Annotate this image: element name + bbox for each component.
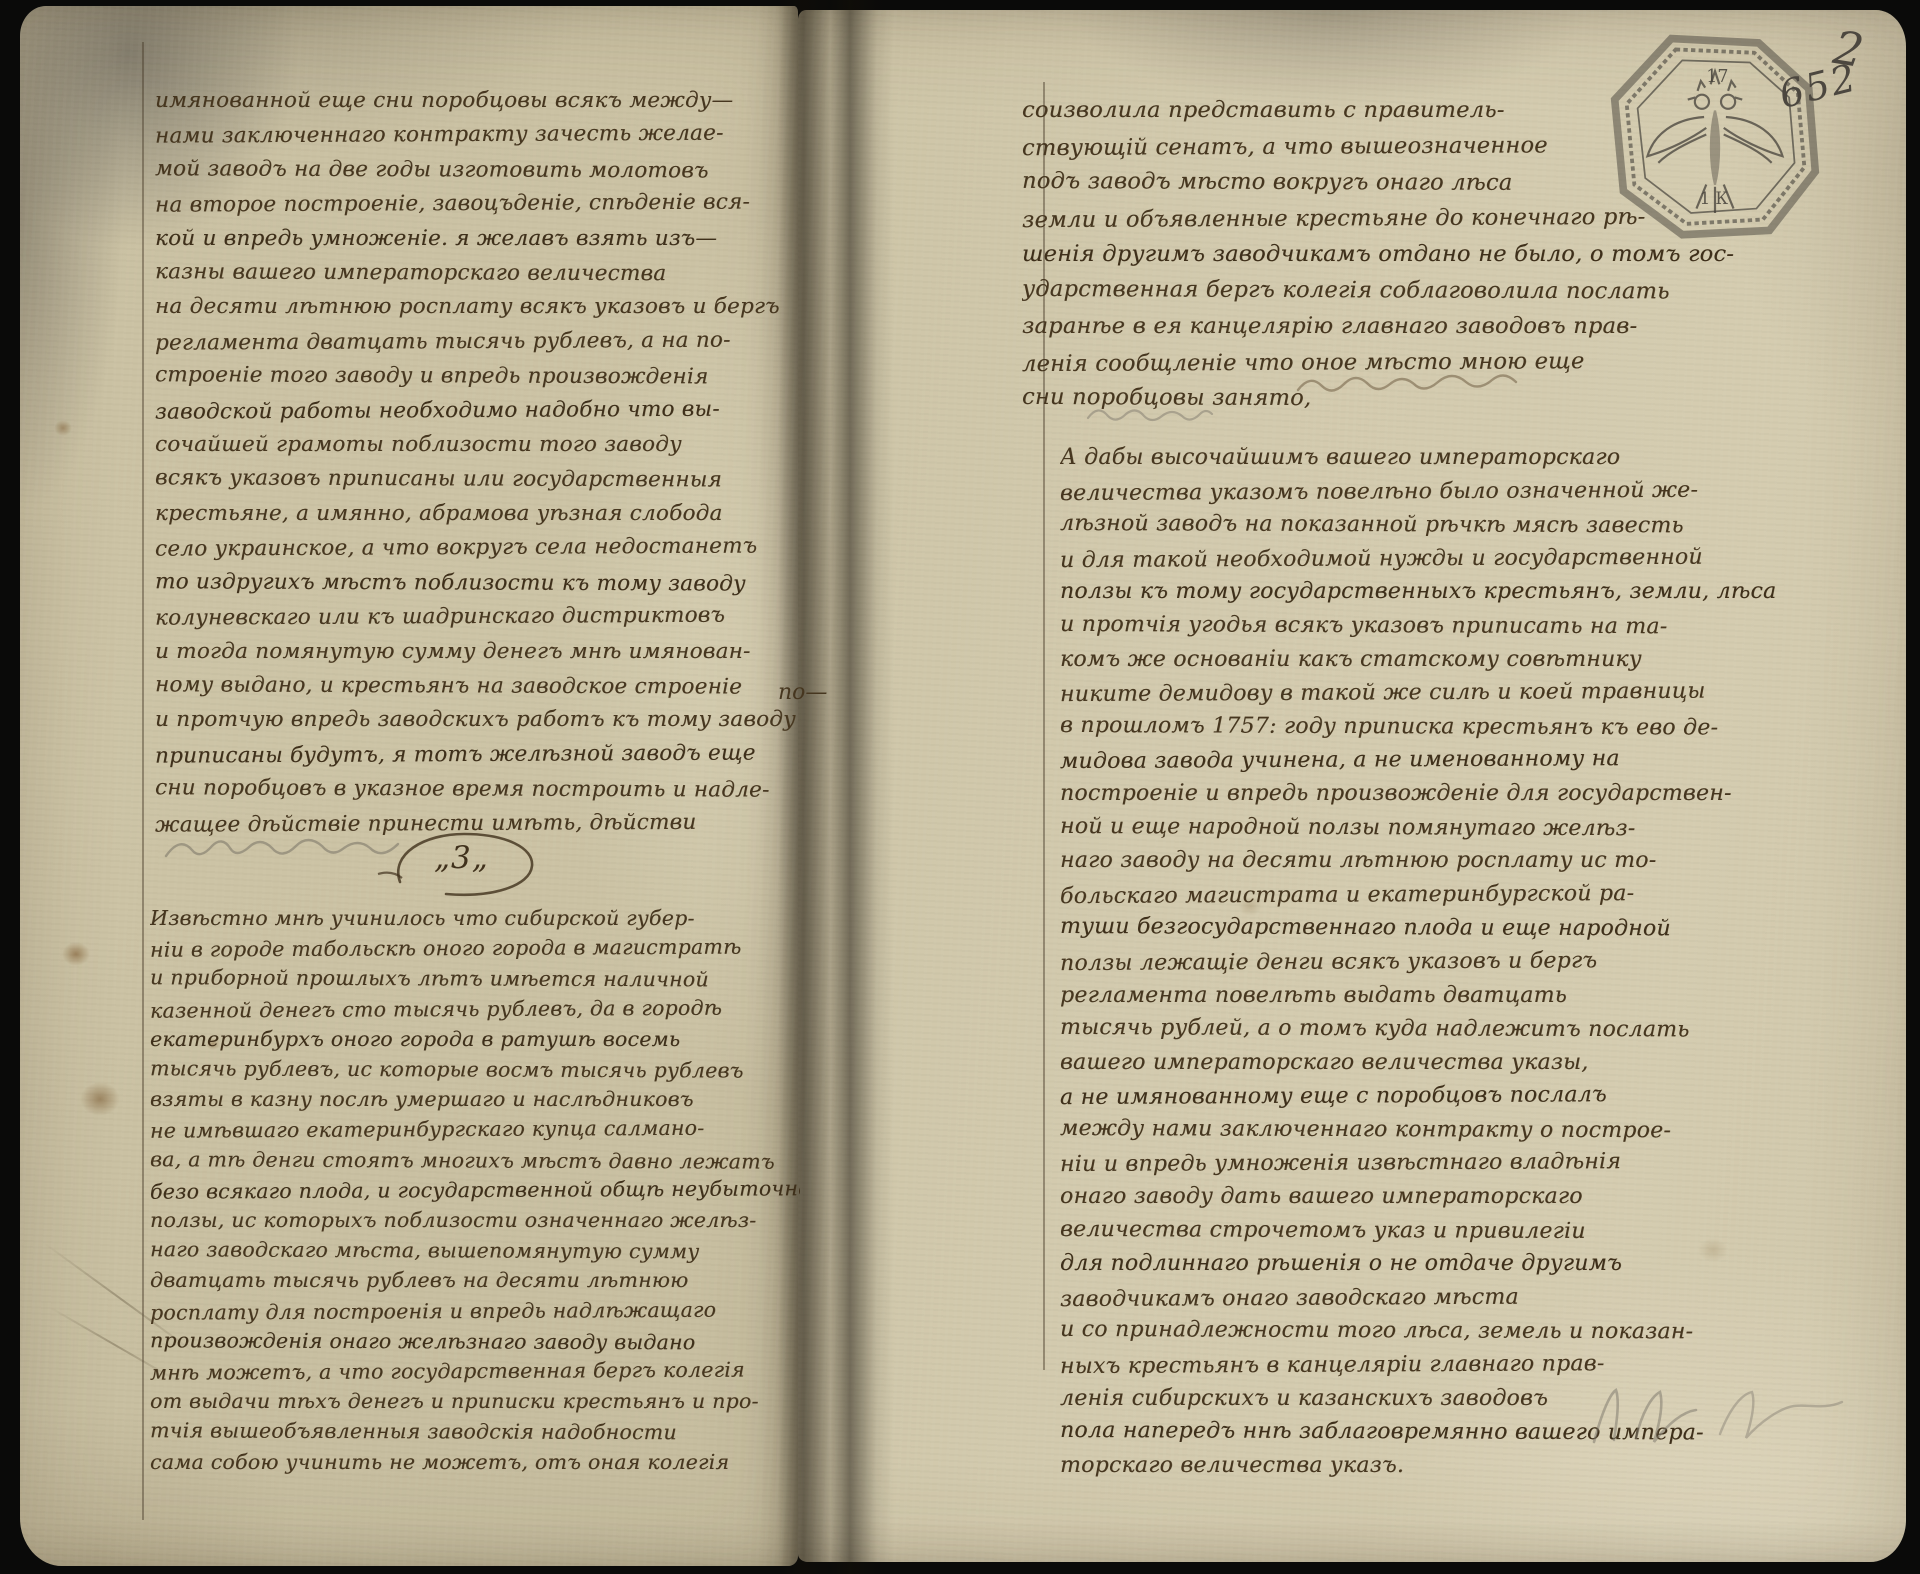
text-line: туши безгосударственнаго плода и еще нар… (1060, 910, 1860, 947)
text-line: в прошломъ 1757: году приписка крестьянъ… (1060, 709, 1860, 746)
text-line: росплату для построенія и впредь надлѣжа… (150, 1294, 800, 1328)
text-line: колуневскаго или къ шадринскаго дистрикт… (155, 598, 797, 636)
stamp-denomination-text: 1 К (1700, 189, 1729, 208)
text-line: никите демидову в такой же силѣ и коей т… (1060, 674, 1860, 712)
section-number-mark: „3„ (372, 828, 542, 900)
text-line: ползы, ис которыхъ поблизости означеннаг… (150, 1205, 800, 1235)
text-line: А дабы высочайшимъ вашего императорскаго (1060, 441, 1860, 475)
text-line: сочайшей грамоты поблизости того заводу (155, 428, 797, 462)
text-line: тчія вышеобъявленныя заводскія надобност… (150, 1416, 800, 1449)
text-line: ніи в городе табольскѣ оного города в ма… (150, 932, 800, 966)
text-line: ползы къ тому государственныхъ крестьянъ… (1060, 575, 1860, 609)
text-line: приписаны будутъ, я тотъ желѣзной заводъ… (155, 736, 797, 774)
text-line: больскаго магистрата и екатеринбургской … (1060, 876, 1860, 914)
text-line: регламента повелѣть выдать дватцать (1060, 979, 1860, 1013)
text-line: и для такой необходимой нужды и государс… (1060, 540, 1860, 578)
text-line: комъ же основаніи какъ статскому совѣтни… (1060, 643, 1860, 677)
section-number: „3„ (434, 840, 489, 876)
text-line: величества строчетомъ указ и привилегіи (1060, 1213, 1860, 1250)
text-line: сни поробцовъ в указное время построить … (155, 771, 797, 808)
text-line: и тогда помянутую сумму денегъ мнѣ имяно… (155, 635, 797, 669)
text-line: ныхъ крестьянъ в канцеляріи главнаго пра… (1060, 1346, 1860, 1384)
text-line: тысячь рублевъ, ис которые восмъ тысячь … (150, 1053, 800, 1086)
text-line: вашего императорскаго величества указы, (1060, 1046, 1860, 1080)
text-line: заводчикамъ онаго заводскаго мѣста (1060, 1279, 1860, 1317)
text-line: заводской работы необходимо надобно что … (155, 392, 797, 430)
text-line: заранѣе в ея канцелярію главнаго заводов… (1022, 308, 1837, 344)
text-line: ніи и впредь умноженія извѣстнаго владѣн… (1060, 1144, 1860, 1182)
text-line: дватцать тысячь рублевъ на десяти лѣтнюю (150, 1265, 800, 1295)
pencil-scribble-right (1084, 398, 1214, 430)
stamped-paper-seal: 17 1 К (1606, 32, 1824, 250)
signature-flourish (1580, 1382, 1860, 1456)
text-line: то издругихъ мѣстъ поблизости къ тому за… (155, 565, 797, 602)
text-line: и со принадлежности того лѣса, земель и … (1060, 1313, 1860, 1350)
text-line: и протчую впредь заводскихъ работъ къ то… (155, 703, 797, 737)
text-line: величества указомъ повелѣно было означен… (1060, 472, 1860, 510)
text-line: и приборной прошлыхъ лѣтъ имѣется наличн… (150, 963, 800, 996)
text-line: безо всякаго плода, и государственной об… (150, 1173, 800, 1207)
text-line: крестьяне, а имянно, абрамова уѣзная сло… (155, 497, 797, 531)
left-text-block-1: имянованной еще сни поробцовы всякъ межд… (155, 84, 797, 856)
text-line: мидова завода учинена, а не именованному… (1060, 741, 1860, 779)
text-line: на второе построеніе, завоцъденіе, спѣде… (155, 186, 797, 224)
text-line: ва, а тѣ денги стоятъ многихъ мѣстъ давн… (150, 1144, 800, 1177)
left-text-block-2: Извѣстно мнѣ учинилось что сибирской губ… (150, 903, 800, 1485)
text-line: взяты в казну послѣ умершаго и наслѣдник… (150, 1084, 800, 1114)
text-line: а не имянованному еще с поробцовъ послал… (1060, 1077, 1860, 1115)
text-line: мой заводъ на две годы изготовить молото… (155, 152, 797, 189)
text-line: казны вашего императорскаго величества (155, 255, 797, 292)
text-line: онаго заводу дать вашего императорскаго (1060, 1180, 1860, 1214)
text-line: мнѣ можетъ, а что государственная бергъ … (150, 1354, 800, 1388)
text-line: ударственная бергъ колегія соблаговолила… (1022, 271, 1837, 310)
text-line: наго заводскаго мѣста, вышепомянутую сум… (150, 1234, 800, 1267)
text-line: построеніе и впредь произвожденіе для го… (1060, 777, 1860, 811)
text-line: ной и еще народной ползы помянутаго желѣ… (1060, 809, 1860, 846)
text-line: между нами заключеннаго контракту о пост… (1060, 1112, 1860, 1149)
text-line: ползы лежащіе денги всякъ указовъ и берг… (1060, 943, 1860, 981)
right-text-block-2: А дабы высочайшимъ вашего императорскаго… (1060, 441, 1860, 1493)
text-line: не имѣвшаго екатеринбургскаго купца салм… (150, 1113, 800, 1147)
margin-rule-left (142, 42, 144, 1520)
text-line: всякъ указовъ приписаны или государствен… (155, 462, 797, 499)
gutter-margin-note: по— (778, 680, 827, 705)
text-line: имянованной еще сни поробцовы всякъ межд… (155, 84, 797, 118)
text-line: екатеринбурхъ оного города в ратушѣ восе… (150, 1024, 800, 1054)
text-line: казенной денегъ сто тысячь рублевъ, да в… (150, 992, 800, 1026)
faint-ink-addition (1292, 362, 1532, 406)
text-line: тысячь рублей, а о томъ куда надлежитъ п… (1060, 1011, 1860, 1048)
manuscript-spread: имянованной еще сни поробцовы всякъ межд… (0, 0, 1920, 1574)
stamp-year-text: 17 (1706, 67, 1728, 87)
text-line: регламента дватцать тысячь рублевъ, а на… (155, 323, 797, 361)
text-line: ному выдано, и крестьянъ на заводское ст… (155, 668, 797, 705)
text-line: на десяти лѣтнюю росплату всякъ указовъ … (155, 290, 797, 324)
text-line: строеніе того заводу и впредь произвожде… (155, 359, 797, 396)
text-line: село украинское, а что вокругъ села недо… (155, 530, 797, 568)
text-line: и протчія угодья всякъ указовъ приписать… (1060, 608, 1860, 645)
text-line: Извѣстно мнѣ учинилось что сибирской губ… (150, 903, 800, 933)
text-line: сама собою учинить не можетъ, отъ оная к… (150, 1447, 800, 1477)
text-line: кой и впредь умноженіе. я желавъ взять и… (155, 222, 797, 256)
text-line: нами заключеннаго контракту зачесть жела… (155, 117, 797, 155)
text-line: лѣзной заводъ на показанной рѣчкѣ мясѣ з… (1060, 507, 1860, 544)
text-line: наго заводу на десяти лѣтнюю росплату ис… (1060, 844, 1860, 878)
text-line: для подлиннаго рѣшенія о не отдаче други… (1060, 1247, 1860, 1281)
text-line: от выдачи тѣхъ денегъ и приписки крестья… (150, 1386, 800, 1416)
text-line: произвожденія онаго желѣзнаго заводу выд… (150, 1325, 800, 1358)
